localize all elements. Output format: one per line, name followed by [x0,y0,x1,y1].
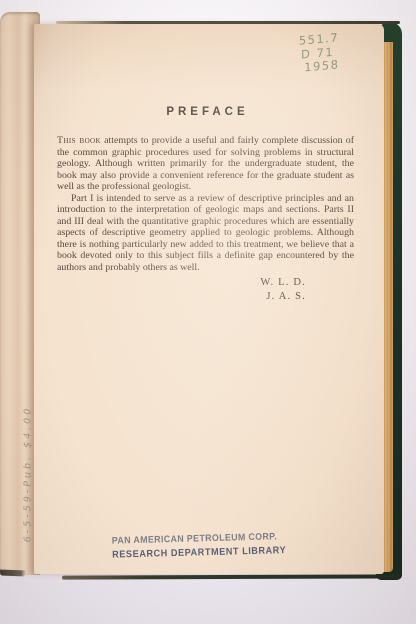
page-title: PREFACE [57,106,354,118]
handwritten-call-number: 551.7 D 71 1958 [299,31,340,75]
author-initials-1: W. L. D. [57,276,306,290]
preface-text-block: This book attempts to provide a useful a… [57,135,354,303]
page-content: 551.7 D 71 1958 PREFACE This book attemp… [0,0,416,624]
library-stamp: PAN AMERICAN PETROLEUM CORP. RESEARCH DE… [112,530,313,560]
library-stamp-line-2: RESEARCH DEPARTMENT LIBRARY [112,544,298,560]
author-initials: W. L. D. J. A. S. [57,276,354,303]
paragraph-1-body: attempts to provide a useful and fairly … [57,135,354,192]
book-photo: 551.7 D 71 1958 PREFACE This book attemp… [0,0,416,624]
author-initials-2: J. A. S. [57,290,306,304]
call-number-year: 1958 [304,58,340,75]
paragraph-1-lead: This book [57,135,101,146]
handwritten-margin-note: 6-5-59-Pub. $4.00 [23,406,34,542]
paragraph-2: Part I is intended to serve as a review … [57,193,354,274]
paragraph-1: This book attempts to provide a useful a… [57,135,354,193]
